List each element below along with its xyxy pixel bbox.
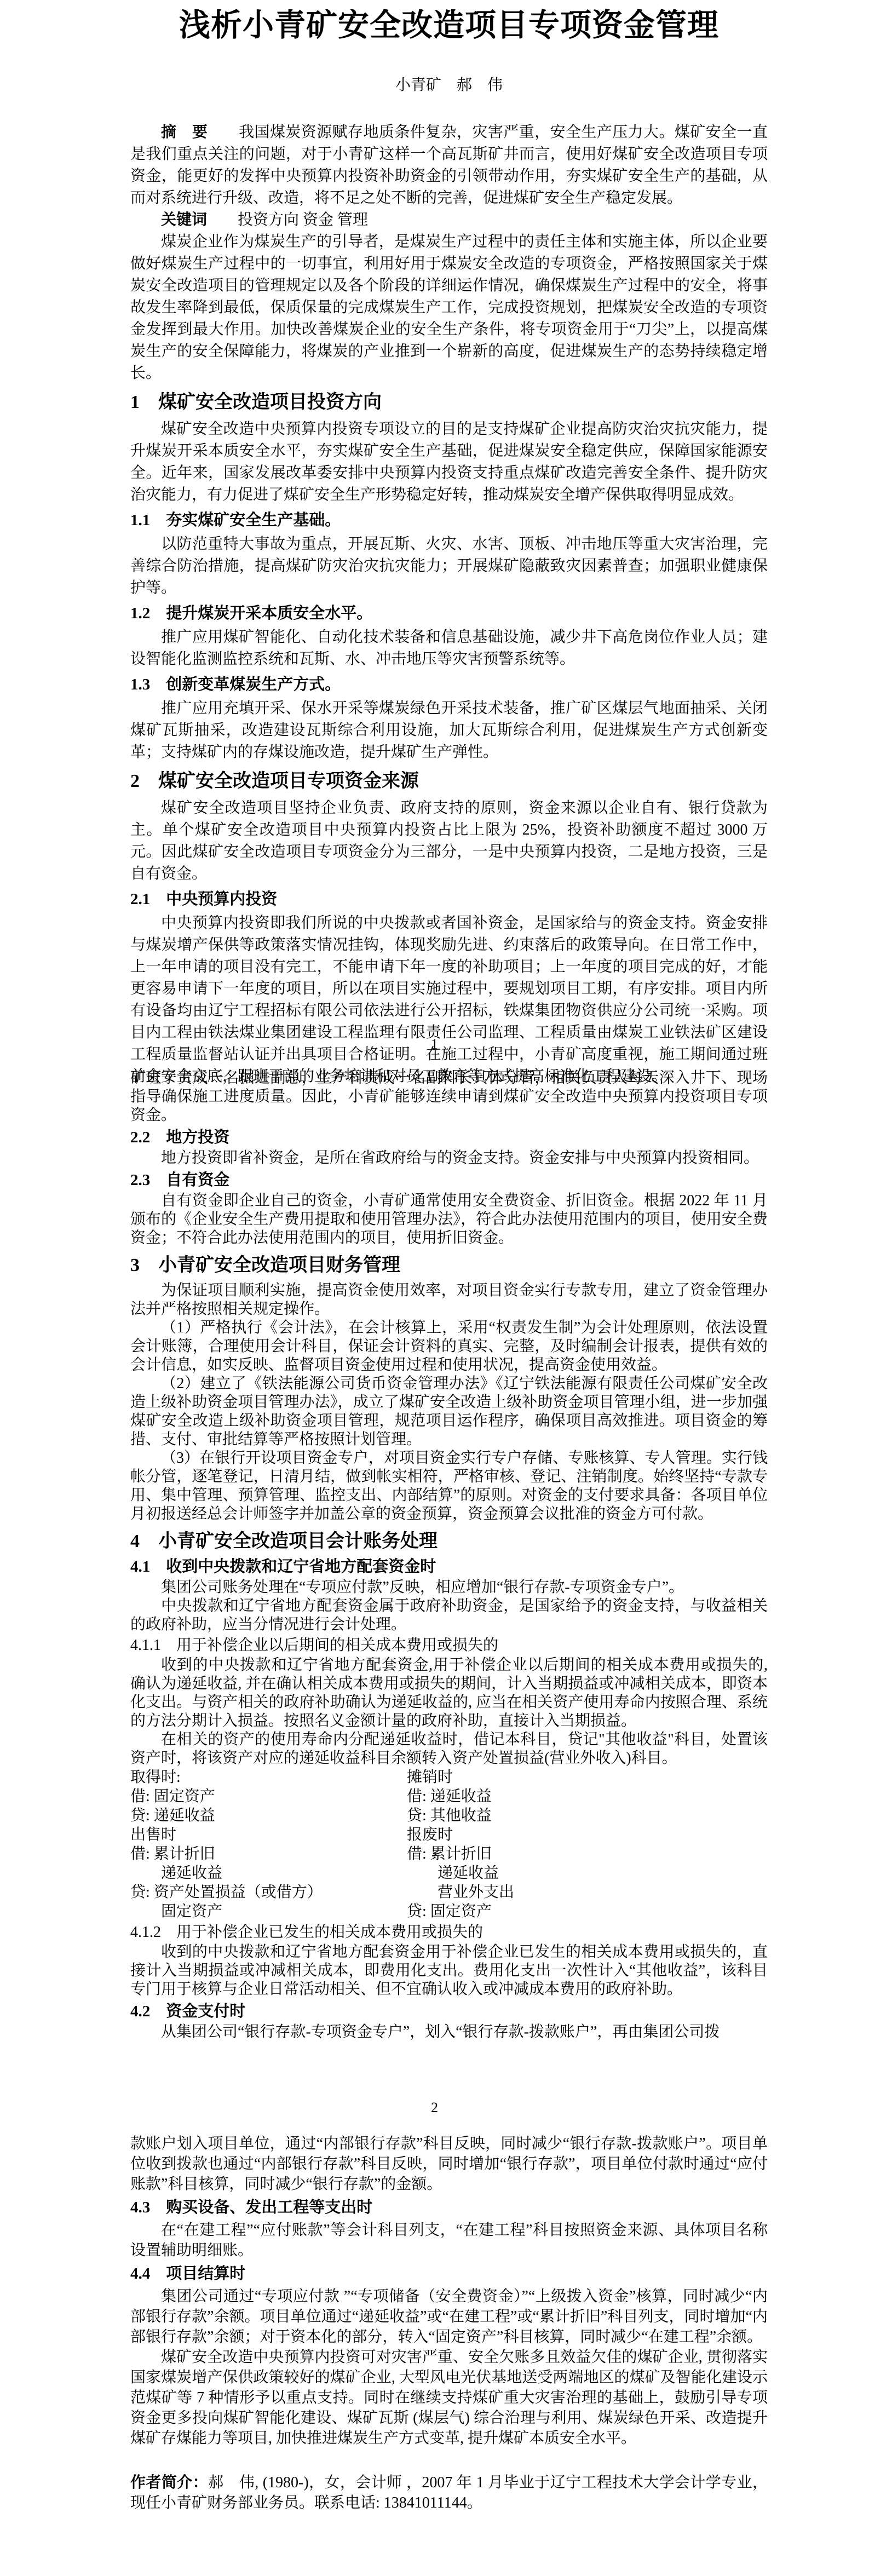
entry-sale-debit-2: 递延收益 xyxy=(130,1864,407,1883)
section-1-1-paragraph: 以防范重特大事故为重点，开展瓦斯、火灾、水害、顶板、冲击地压等重大灾害治理，完善… xyxy=(130,533,768,599)
entry-amortize-label: 摊销时 xyxy=(407,1768,768,1787)
section-4-2-continuation: 款账户划入项目单位，通过“内部银行存款”科目反映，同时减少“银行存款-拨款账户”… xyxy=(130,2134,768,2194)
section-4-1-1-paragraph-1: 收到的中央拨款和辽宁省地方配套资金,用于补偿企业以后期间的相关成本费用或损失的,… xyxy=(130,1656,768,1730)
section-1-heading: 1 煤矿安全改造项目投资方向 xyxy=(130,390,768,415)
section-4-1-heading: 4.1 收到中央拨款和辽宁省地方配套资金时 xyxy=(130,1557,768,1576)
page-2: 矿班子责成一名掘进副总，生产科责成一名副科长具体分管，相关负责人每天深入井下、现… xyxy=(130,1069,768,2042)
entry-sale-label: 出售时 xyxy=(130,1825,407,1844)
section-1-2-heading: 1.2 提升煤炭开采本质安全水平。 xyxy=(130,602,768,624)
entry-sale-credit-2: 固定资产 xyxy=(130,1902,407,1921)
author-line: 小青矿 郝 伟 xyxy=(130,76,768,95)
page-3: 款账户划入项目单位，通过“内部银行存款”科目反映，同时减少“银行存款-拨款账户”… xyxy=(130,2134,768,2513)
page-number-1: 1 xyxy=(0,1035,869,1054)
entry-scrap-credit: 贷: 固定资产 xyxy=(407,1902,768,1921)
author-bio-text: 郝 伟, (1980-)，女，会计师 ，2007 年 1 月毕业于辽宁工程技术大… xyxy=(130,2474,768,2511)
section-4-4-paragraph-2: 煤矿安全改造中央预算内投资可对灾害严重、安全欠账多且效益欠佳的煤矿企业, 贯彻落… xyxy=(130,2347,768,2448)
journal-entries-right-column: 摊销时 借: 递延收益 贷: 其他收益 报废时 借: 累计折旧 递延收益 营业外… xyxy=(407,1768,768,1921)
entry-sale-debit-1: 借: 累计折旧 xyxy=(130,1844,407,1864)
section-2-1-paragraph: 中央预算内投资即我们所说的中央拨款或者国补资金，是国家给与的资金支持。资金安排与… xyxy=(130,912,768,1088)
entry-amortize-debit: 借: 递延收益 xyxy=(407,1787,768,1806)
section-4-4-paragraph-1: 集团公司通过“专项应付款 ”“专项储备（安全费资金）”“上级拨入资金”核算，同时… xyxy=(130,2286,768,2347)
keywords-text: 投资方向 资金 管理 xyxy=(238,211,368,228)
section-3-item-3: （3）在银行开设项目资金专户，对项目资金实行专户存储、专账核算、专人管理。实行钱… xyxy=(130,1449,768,1523)
section-4-1-1-heading: 4.1.1 用于补偿企业以后期间的相关成本费用或损失的 xyxy=(130,1636,768,1655)
section-4-1-2-paragraph: 收到的中央拨款和辽宁省地方配套资金用于补偿企业已发生的相关成本费用或损失的，直接… xyxy=(130,1943,768,1999)
section-4-3-paragraph: 在“在建工程”“应付账款”等会计科目列支，“在建工程”科目按照资金来源、具体项目… xyxy=(130,2220,768,2261)
entry-acquired-credit: 贷: 递延收益 xyxy=(130,1806,407,1825)
keywords-label: 关键词 xyxy=(161,211,238,228)
section-2-heading: 2 煤矿安全改造项目专项资金来源 xyxy=(130,769,768,794)
section-4-2-heading: 4.2 资金支付时 xyxy=(130,2002,768,2021)
section-4-1-paragraph-1: 集团公司账务处理在“专项应付款”反映，相应增加“银行存款-专项资金专户”。 xyxy=(130,1578,768,1597)
journal-entries: 取得时: 借: 固定资产 贷: 递延收益 出售时 借: 累计折旧 递延收益 贷:… xyxy=(130,1768,768,1921)
entry-acquired-label: 取得时: xyxy=(130,1768,407,1787)
section-1-1-heading: 1.1 夯实煤矿安全生产基础。 xyxy=(130,509,768,531)
author-bio-label: 作者简介： xyxy=(130,2474,208,2491)
document-sheet: 浅析小青矿安全改造项目专项资金管理 小青矿 郝 伟 摘 要 我国煤炭资源赋存地质… xyxy=(0,0,869,2576)
entry-acquired-debit: 借: 固定资产 xyxy=(130,1787,407,1806)
abstract-label: 摘 要 xyxy=(161,124,239,141)
section-3-heading: 3 小青矿安全改造项目财务管理 xyxy=(130,1253,768,1278)
entry-amortize-credit: 贷: 其他收益 xyxy=(407,1806,768,1825)
section-2-paragraph: 煤矿安全改造项目坚持企业负责、政府支持的原则，资金来源以企业自有、银行贷款为主。… xyxy=(130,797,768,885)
entry-sale-credit-1: 贷: 资产处置损益（或借方） xyxy=(130,1883,407,1902)
article-title: 浅析小青矿安全改造项目专项资金管理 xyxy=(130,8,768,44)
page-number-2: 2 xyxy=(0,2098,869,2117)
section-2-1-continuation: 矿班子责成一名掘进副总，生产科责成一名副科长具体分管，相关负责人每天深入井下、现… xyxy=(130,1069,768,1125)
section-3-item-2: （2）建立了《铁法能源公司货币资金管理办法》《辽宁铁法能源有限责任公司煤矿安全改… xyxy=(130,1375,768,1449)
intro-paragraph: 煤炭企业作为煤炭生产的引导者，是煤炭生产过程中的责任主体和实施主体，所以企业要做… xyxy=(130,231,768,384)
section-2-3-paragraph: 自有资金即企业自己的资金，小青矿通常使用安全费资金、折旧资金。根据 2022 年… xyxy=(130,1192,768,1247)
front-matter: 摘 要 我国煤炭资源赋存地质条件复杂，灾害严重，安全生产压力大。煤矿安全一直是我… xyxy=(130,122,768,1088)
entry-scrap-debit-1: 借: 累计折旧 xyxy=(407,1844,768,1864)
section-4-heading: 4 小青矿安全改造项目会计账务处理 xyxy=(130,1529,768,1554)
section-4-4-heading: 4.4 项目结算时 xyxy=(130,2264,768,2284)
section-4-1-paragraph-2: 中央拨款和辽宁省地方配套资金属于政府补助资金，是国家给予的资金支持，与收益相关的… xyxy=(130,1597,768,1634)
section-2-1-heading: 2.1 中央预算内投资 xyxy=(130,888,768,910)
section-4-3-heading: 4.3 购买设备、发出工程等支出时 xyxy=(130,2198,768,2218)
section-2-2-heading: 2.2 地方投资 xyxy=(130,1128,768,1147)
entry-scrap-debit-2: 递延收益 xyxy=(407,1864,768,1883)
section-1-3-heading: 1.3 创新变革煤炭生产方式。 xyxy=(130,674,768,695)
journal-entries-left-column: 取得时: 借: 固定资产 贷: 递延收益 出售时 借: 累计折旧 递延收益 贷:… xyxy=(130,1768,407,1921)
section-4-2-paragraph: 从集团公司“银行存款-专项资金专户”，划入“银行存款-拨款账户”，再由集团公司拨 xyxy=(130,2023,768,2042)
keywords-line: 关键词 投资方向 资金 管理 xyxy=(130,209,768,231)
section-4-1-2-heading: 4.1.2 用于补偿企业已发生的相关成本费用或损失的 xyxy=(130,1923,768,1942)
page-1: 浅析小青矿安全改造项目专项资金管理 小青矿 郝 伟 摘 要 我国煤炭资源赋存地质… xyxy=(130,8,768,1088)
section-1-2-paragraph: 推广应用煤矿智能化、自动化技术装备和信息基础设施，减少井下高危岗位作业人员；建设… xyxy=(130,626,768,670)
entry-scrap-debit-3: 营业外支出 xyxy=(407,1883,768,1902)
section-2-3-heading: 2.3 自有资金 xyxy=(130,1171,768,1189)
author-bio: 作者简介：郝 伟, (1980-)，女，会计师 ，2007 年 1 月毕业于辽宁… xyxy=(130,2473,768,2513)
section-1-3-paragraph: 推广应用充填开采、保水开采等煤炭绿色开采技术装备，推广矿区煤层气地面抽采、关闭煤… xyxy=(130,698,768,763)
section-2-2-paragraph: 地方投资即省补资金，是所在省政府给与的资金支持。资金安排与中央预算内投资相同。 xyxy=(130,1149,768,1168)
section-3-item-1: （1）严格执行《会计法》，在会计核算上，采用“权责发生制”为会计处理原则，依法设… xyxy=(130,1319,768,1375)
entry-scrap-label: 报废时 xyxy=(407,1825,768,1844)
section-4-1-1-paragraph-2: 在相关的资产的使用寿命内分配递延收益时，借记本科目，贷记"其他收益"科目，处置该… xyxy=(130,1730,768,1768)
abstract-paragraph: 摘 要 我国煤炭资源赋存地质条件复杂，灾害严重，安全生产压力大。煤矿安全一直是我… xyxy=(130,122,768,209)
section-3-intro: 为保证项目顺利实施，提高资金使用效率，对项目资金实行专款专用，建立了资金管理办法… xyxy=(130,1281,768,1319)
section-1-paragraph: 煤矿安全改造中央预算内投资专项设立的目的是支持煤矿企业提高防灾治灾抗灾能力，提升… xyxy=(130,418,768,506)
